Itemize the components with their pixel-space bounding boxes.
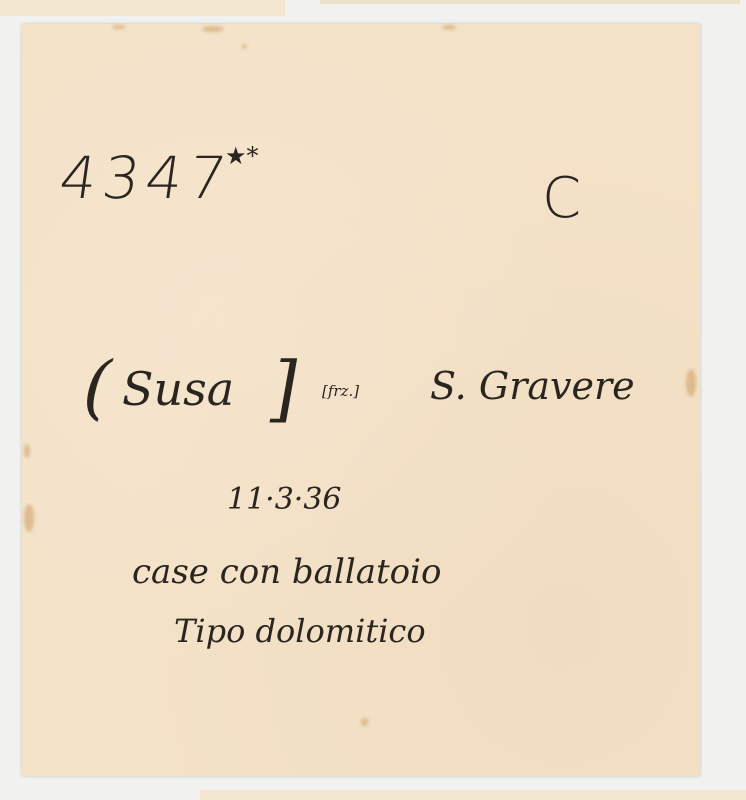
index-card: 4347 ★* C ( Susa ] [frz.] S. Gravere 11·… — [22, 24, 700, 776]
foxing-stain — [242, 44, 247, 49]
description-line-2: Tipo dolomitico — [174, 612, 426, 650]
catalog-number: 4347 — [55, 144, 236, 212]
date: 11·3·36 — [227, 482, 342, 517]
foxing-stain — [202, 26, 224, 32]
catalog-star-marks: ★* — [225, 142, 259, 170]
place-close-bracket: ] — [263, 346, 306, 430]
place-name: Susa — [122, 362, 234, 416]
foxing-stain — [361, 718, 368, 726]
foxing-stain — [442, 25, 456, 30]
class-letter: C — [542, 166, 581, 231]
description-line-1: case con ballatoio — [132, 552, 441, 592]
adjacent-card-bottom — [200, 790, 746, 800]
place-open-bracket: ( — [74, 346, 122, 428]
foxing-stain — [24, 504, 34, 532]
foxing-stain — [24, 444, 30, 458]
place-annotation: [frz.] — [322, 382, 359, 400]
adjacent-card-top — [0, 0, 285, 16]
adjacent-card-top-edge — [320, 0, 740, 4]
foxing-stain — [112, 25, 126, 29]
locality: S. Gravere — [430, 364, 635, 408]
foxing-stain — [686, 369, 696, 397]
